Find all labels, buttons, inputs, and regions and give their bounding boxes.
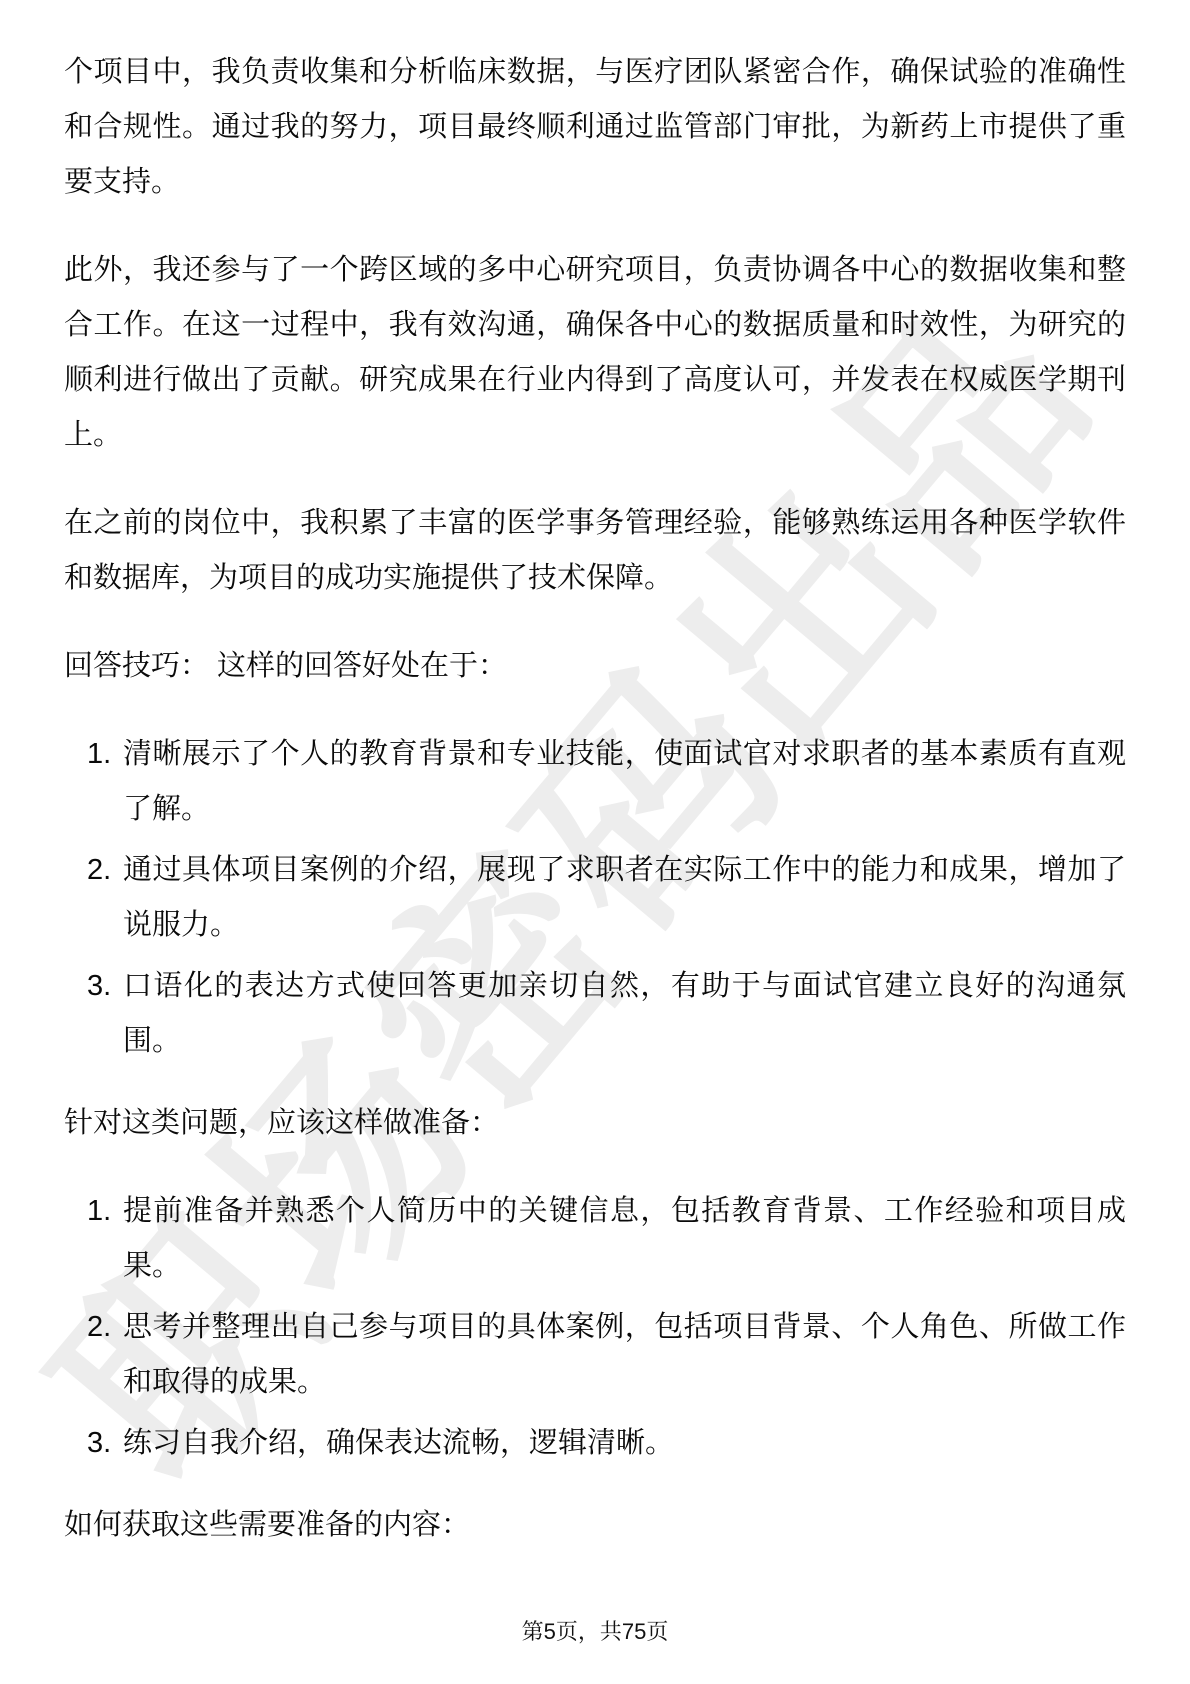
page-number: 第5页，共75页 [0,1617,1190,1647]
document-page: 职场密码出品 个项目中，我负责收集和分析临床数据，与医疗团队紧密合作，确保试验的… [0,0,1190,1684]
preparation-heading: 针对这类问题，应该这样做准备： [64,1096,1126,1151]
list-item-text: 口语化的表达方式使回答更加亲切自然，有助于与面试官建立良好的沟通氛围。 [123,959,1126,1069]
list-item-number: 2. [87,1300,123,1355]
answer-tips-list: 1. 清晰展示了个人的教育背景和专业技能，使面试官对求职者的基本素质有直观了解。… [64,727,1126,1069]
list-item-text: 练习自我介绍，确保表达流畅，逻辑清晰。 [123,1416,1126,1471]
list-item-number: 3. [87,1416,123,1471]
page-content: 个项目中，我负责收集和分析临床数据，与医疗团队紧密合作，确保试验的准确性和合规性… [0,0,1190,1553]
list-item: 3. 口语化的表达方式使回答更加亲切自然，有助于与面试官建立良好的沟通氛围。 [64,959,1126,1069]
paragraph-medical-affairs-experience: 在之前的岗位中，我积累了丰富的医学事务管理经验，能够熟练运用各种医学软件和数据库… [64,496,1126,606]
list-item-text: 清晰展示了个人的教育背景和专业技能，使面试官对求职者的基本素质有直观了解。 [123,727,1126,837]
list-item-text: 通过具体项目案例的介绍，展现了求职者在实际工作中的能力和成果，增加了说服力。 [123,843,1126,953]
paragraph-clinical-data: 个项目中，我负责收集和分析临床数据，与医疗团队紧密合作，确保试验的准确性和合规性… [64,45,1126,210]
list-item-text: 提前准备并熟悉个人简历中的关键信息，包括教育背景、工作经验和项目成果。 [123,1184,1126,1294]
list-item: 2. 思考并整理出自己参与项目的具体案例，包括项目背景、个人角色、所做工作和取得… [64,1300,1126,1410]
list-item-number: 1. [87,727,123,782]
list-item-text: 思考并整理出自己参与项目的具体案例，包括项目背景、个人角色、所做工作和取得的成果… [123,1300,1126,1410]
list-item-number: 3. [87,959,123,1014]
list-item: 2. 通过具体项目案例的介绍，展现了求职者在实际工作中的能力和成果，增加了说服力… [64,843,1126,953]
list-item: 1. 清晰展示了个人的教育背景和专业技能，使面试官对求职者的基本素质有直观了解。 [64,727,1126,837]
list-item-number: 2. [87,843,123,898]
preparation-list: 1. 提前准备并熟悉个人简历中的关键信息，包括教育背景、工作经验和项目成果。 2… [64,1184,1126,1471]
answer-tips-heading: 回答技巧： 这样的回答好处在于： [64,639,1126,694]
list-item: 1. 提前准备并熟悉个人简历中的关键信息，包括教育背景、工作经验和项目成果。 [64,1184,1126,1294]
list-item-number: 1. [87,1184,123,1239]
paragraph-multicenter-research: 此外，我还参与了一个跨区域的多中心研究项目，负责协调各中心的数据收集和整合工作。… [64,243,1126,463]
list-item: 3. 练习自我介绍，确保表达流畅，逻辑清晰。 [64,1416,1126,1471]
how-to-obtain-heading: 如何获取这些需要准备的内容： [64,1498,1126,1553]
